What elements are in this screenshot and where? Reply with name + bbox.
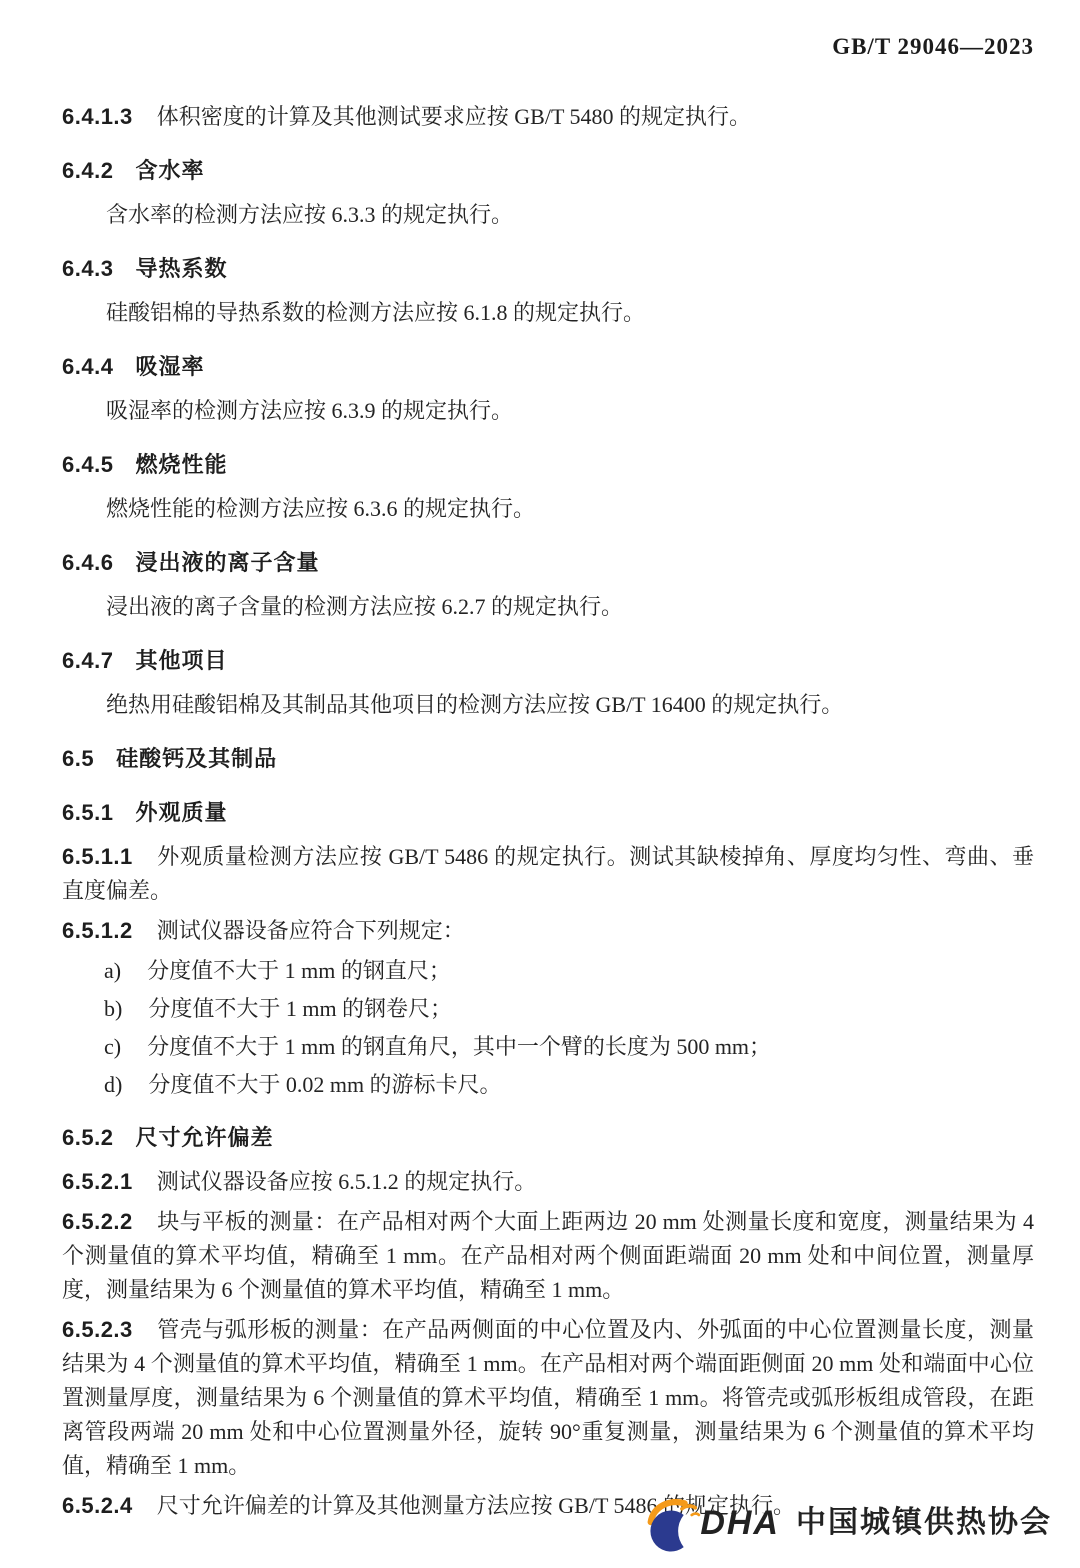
clause-paragraph: 6.5.1.2测试仪器设备应符合下列规定：: [62, 914, 1034, 948]
heading-title: 含水率: [135, 158, 204, 183]
heading-number: 6.4.4: [62, 354, 113, 379]
body-paragraph: 硅酸铝棉的导热系数的检测方法应按 6.1.8 的规定执行。: [62, 296, 1034, 330]
clause-paragraph: 6.5.1.1外观质量检测方法应按 GB/T 5486 的规定执行。测试其缺棱掉…: [62, 840, 1034, 908]
clause-paragraph: 6.5.2.1测试仪器设备应按 6.5.1.2 的规定执行。: [62, 1165, 1034, 1199]
section-heading: 6.5.2尺寸允许偏差: [62, 1121, 1034, 1155]
list-text: 分度值不大于 1 mm 的钢直角尺，其中一个臂的长度为 500 mm；: [147, 1034, 771, 1059]
heading-number: 6.4.5: [62, 452, 113, 477]
clause-number: 6.5.2.4: [62, 1493, 133, 1518]
paragraph-text: 燃烧性能的检测方法应按 6.3.6 的规定执行。: [106, 496, 535, 521]
section-heading: 6.4.4吸湿率: [62, 350, 1034, 384]
heading-number: 6.4.6: [62, 550, 113, 575]
logo-acronym: DHA: [700, 1506, 780, 1540]
heading-title: 硅酸钙及其制品: [116, 746, 277, 771]
clause-text: 管壳与弧形板的测量：在产品两侧面的中心位置及内、外弧面的中心位置测量长度，测量结…: [62, 1317, 1034, 1478]
list-item: d)分度值不大于 0.02 mm 的游标卡尺。: [62, 1068, 1034, 1101]
body-paragraph: 浸出液的离子含量的检测方法应按 6.2.7 的规定执行。: [62, 590, 1034, 624]
paragraph-text: 浸出液的离子含量的检测方法应按 6.2.7 的规定执行。: [106, 594, 623, 619]
list-text: 分度值不大于 1 mm 的钢直尺；: [147, 958, 451, 983]
standard-code: GB/T 29046—2023: [62, 34, 1034, 60]
document-body: 6.4.1.3体积密度的计算及其他测试要求应按 GB/T 5480 的规定执行。…: [62, 100, 1034, 1523]
clause-text: 体积密度的计算及其他测试要求应按 GB/T 5480 的规定执行。: [157, 104, 751, 129]
clause-text: 外观质量检测方法应按 GB/T 5486 的规定执行。测试其缺棱掉角、厚度均匀性…: [62, 844, 1034, 903]
clause-paragraph: 6.4.1.3体积密度的计算及其他测试要求应按 GB/T 5480 的规定执行。: [62, 100, 1034, 134]
list-item: c)分度值不大于 1 mm 的钢直角尺，其中一个臂的长度为 500 mm；: [62, 1030, 1034, 1063]
heading-title: 导热系数: [135, 256, 227, 281]
section-heading: 6.4.7其他项目: [62, 644, 1034, 678]
clause-number: 6.5.2.3: [62, 1317, 133, 1342]
clause-number: 6.5.1.1: [62, 844, 133, 869]
section-heading: 6.4.6浸出液的离子含量: [62, 546, 1034, 580]
section-heading: 6.5硅酸钙及其制品: [62, 742, 1034, 776]
list-item: a)分度值不大于 1 mm 的钢直尺；: [62, 954, 1034, 987]
logo-orange-arc-small: [682, 1506, 695, 1509]
document-page: GB/T 29046—2023 6.4.1.3体积密度的计算及其他测试要求应按 …: [0, 0, 1080, 1568]
section-heading: 6.4.2含水率: [62, 154, 1034, 188]
heading-title: 其他项目: [135, 648, 227, 673]
section-heading: 6.4.5燃烧性能: [62, 448, 1034, 482]
body-paragraph: 绝热用硅酸铝棉及其制品其他项目的检测方法应按 GB/T 16400 的规定执行。: [62, 688, 1034, 722]
heading-title: 燃烧性能: [135, 452, 227, 477]
clause-number: 6.5.2.1: [62, 1169, 133, 1194]
list-marker: a): [104, 958, 121, 983]
heading-number: 6.4.2: [62, 158, 113, 183]
list-text: 分度值不大于 1 mm 的钢卷尺；: [148, 996, 452, 1021]
paragraph-text: 绝热用硅酸铝棉及其制品其他项目的检测方法应按 GB/T 16400 的规定执行。: [106, 692, 843, 717]
clause-number: 6.4.1.3: [62, 104, 133, 129]
heading-number: 6.5: [62, 746, 94, 771]
footer-logo: DHA 中国城镇供热协会: [640, 1494, 1052, 1552]
heading-title: 吸湿率: [135, 354, 204, 379]
clause-number: 6.5.2.2: [62, 1209, 133, 1234]
clause-text: 测试仪器设备应按 6.5.1.2 的规定执行。: [157, 1169, 537, 1194]
heading-number: 6.5.1: [62, 800, 113, 825]
paragraph-text: 含水率的检测方法应按 6.3.3 的规定执行。: [106, 202, 513, 227]
list-marker: b): [104, 996, 122, 1021]
heading-title: 尺寸允许偏差: [135, 1125, 273, 1150]
list-text: 分度值不大于 0.02 mm 的游标卡尺。: [148, 1072, 501, 1097]
clause-paragraph: 6.5.2.3管壳与弧形板的测量：在产品两侧面的中心位置及内、外弧面的中心位置测…: [62, 1313, 1034, 1483]
list-item: b)分度值不大于 1 mm 的钢卷尺；: [62, 992, 1034, 1025]
section-heading: 6.5.1外观质量: [62, 796, 1034, 830]
logo-orange-arc-tiny: [692, 1514, 699, 1515]
heading-title: 外观质量: [135, 800, 227, 825]
list-marker: d): [104, 1072, 122, 1097]
org-name: 中国城镇供热协会: [796, 1508, 1052, 1538]
clause-number: 6.5.1.2: [62, 918, 133, 943]
heading-title: 浸出液的离子含量: [135, 550, 319, 575]
clause-paragraph: 6.5.2.2块与平板的测量：在产品相对两个大面上距两边 20 mm 处测量长度…: [62, 1205, 1034, 1307]
paragraph-text: 吸湿率的检测方法应按 6.3.9 的规定执行。: [106, 398, 513, 423]
heading-number: 6.4.3: [62, 256, 113, 281]
heading-number: 6.5.2: [62, 1125, 113, 1150]
heading-number: 6.4.7: [62, 648, 113, 673]
list-marker: c): [104, 1034, 121, 1059]
clause-text: 块与平板的测量：在产品相对两个大面上距两边 20 mm 处测量长度和宽度，测量结…: [62, 1209, 1034, 1302]
body-paragraph: 含水率的检测方法应按 6.3.3 的规定执行。: [62, 198, 1034, 232]
cdha-logo-icon: [640, 1494, 706, 1552]
paragraph-text: 硅酸铝棉的导热系数的检测方法应按 6.1.8 的规定执行。: [106, 300, 645, 325]
body-paragraph: 燃烧性能的检测方法应按 6.3.6 的规定执行。: [62, 492, 1034, 526]
body-paragraph: 吸湿率的检测方法应按 6.3.9 的规定执行。: [62, 394, 1034, 428]
clause-text: 测试仪器设备应符合下列规定：: [157, 918, 465, 943]
section-heading: 6.4.3导热系数: [62, 252, 1034, 286]
